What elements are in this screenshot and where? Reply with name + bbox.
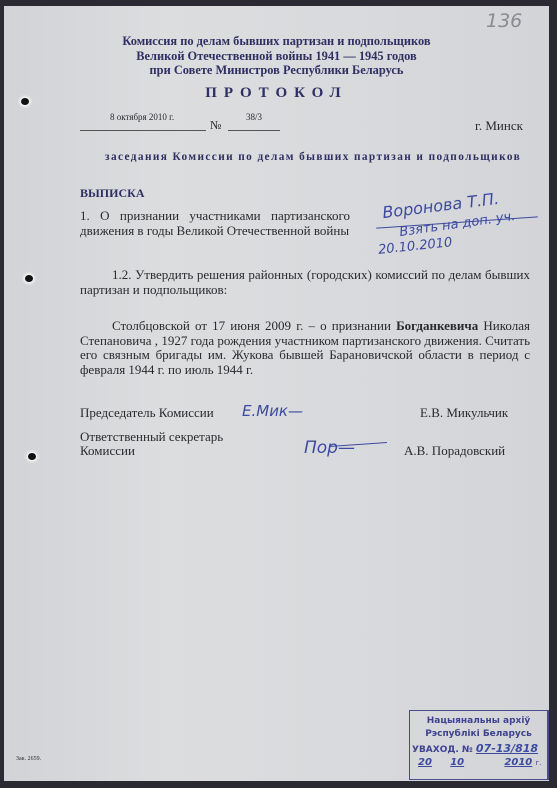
document-page: 136 Комиссия по делам бывших партизан и … bbox=[4, 6, 549, 781]
secretary-signature: Пор— bbox=[304, 438, 355, 458]
decision-paragraph: Столбцовской от 17 июня 2009 г. – о приз… bbox=[80, 319, 530, 377]
stamp-incoming-label: УВАХОД. № bbox=[412, 745, 473, 755]
chairman-name: Е.В. Микульчик bbox=[420, 406, 508, 421]
secretary-role-line-2: Комиссии bbox=[80, 444, 135, 459]
footer-order-code: Зак. 2659. bbox=[16, 756, 41, 762]
handwritten-note-line-3: 20.10.2010 bbox=[377, 235, 453, 258]
stamp-line-3: УВАХОД. № 07-13/818 bbox=[410, 742, 549, 755]
archive-stamp: Нацыянальны архіў Рэспублікі Беларусь УВ… bbox=[409, 710, 549, 780]
city: г. Минск bbox=[475, 118, 523, 134]
stamp-incoming-number: 07-13/818 bbox=[476, 742, 538, 755]
protocol-subtitle: заседания Комиссии по делам бывших парти… bbox=[105, 151, 521, 163]
stamp-month: 10 bbox=[450, 757, 464, 768]
extract-label: ВЫПИСКА bbox=[80, 186, 145, 201]
section-1-2: 1.2. Утвердить решения районных (городск… bbox=[80, 268, 530, 297]
header-line-2: Великой Отечественной войны 1941 — 1945 … bbox=[4, 49, 549, 64]
section-1-heading: 1. О признании участниками партизанского… bbox=[80, 209, 350, 238]
stamp-year: 2010 bbox=[504, 757, 532, 768]
date-underline bbox=[80, 130, 206, 131]
organization-header: Комиссия по делам бывших партизан и подп… bbox=[4, 34, 549, 78]
header-line-1: Комиссия по делам бывших партизан и подп… bbox=[4, 34, 549, 49]
secretary-name: А.В. Порадовский bbox=[404, 444, 505, 459]
number-label: № bbox=[210, 118, 221, 133]
punch-hole bbox=[25, 275, 33, 282]
punch-hole bbox=[28, 453, 36, 460]
document-title: ПРОТОКОЛ bbox=[4, 85, 549, 102]
number-underline bbox=[228, 130, 280, 131]
chairman-signature: Е.Мик— bbox=[242, 402, 303, 420]
stamp-day: 20 bbox=[418, 757, 432, 768]
protocol-date: 8 октября 2010 г. bbox=[110, 112, 174, 122]
decision-surname: Богданкевича bbox=[396, 318, 478, 333]
protocol-number: 38/3 bbox=[246, 112, 262, 122]
stamp-line-2: Рэспублікі Беларусь bbox=[410, 729, 547, 739]
section-1-2-text: 1.2. Утвердить решения районных (городск… bbox=[80, 267, 530, 297]
decision-prefix: Столбцовской от 17 июня 2009 г. – о приз… bbox=[112, 318, 396, 333]
stamp-line-1: Нацыянальны архіў bbox=[410, 716, 547, 726]
stamp-year-suffix: г. bbox=[535, 759, 541, 767]
stamp-line-4: 20 10 2010 г. bbox=[410, 757, 555, 768]
page-number: 136 bbox=[486, 10, 522, 32]
header-line-3: при Совете Министров Республики Беларусь bbox=[4, 63, 549, 78]
chairman-role: Председатель Комиссии bbox=[80, 406, 214, 421]
